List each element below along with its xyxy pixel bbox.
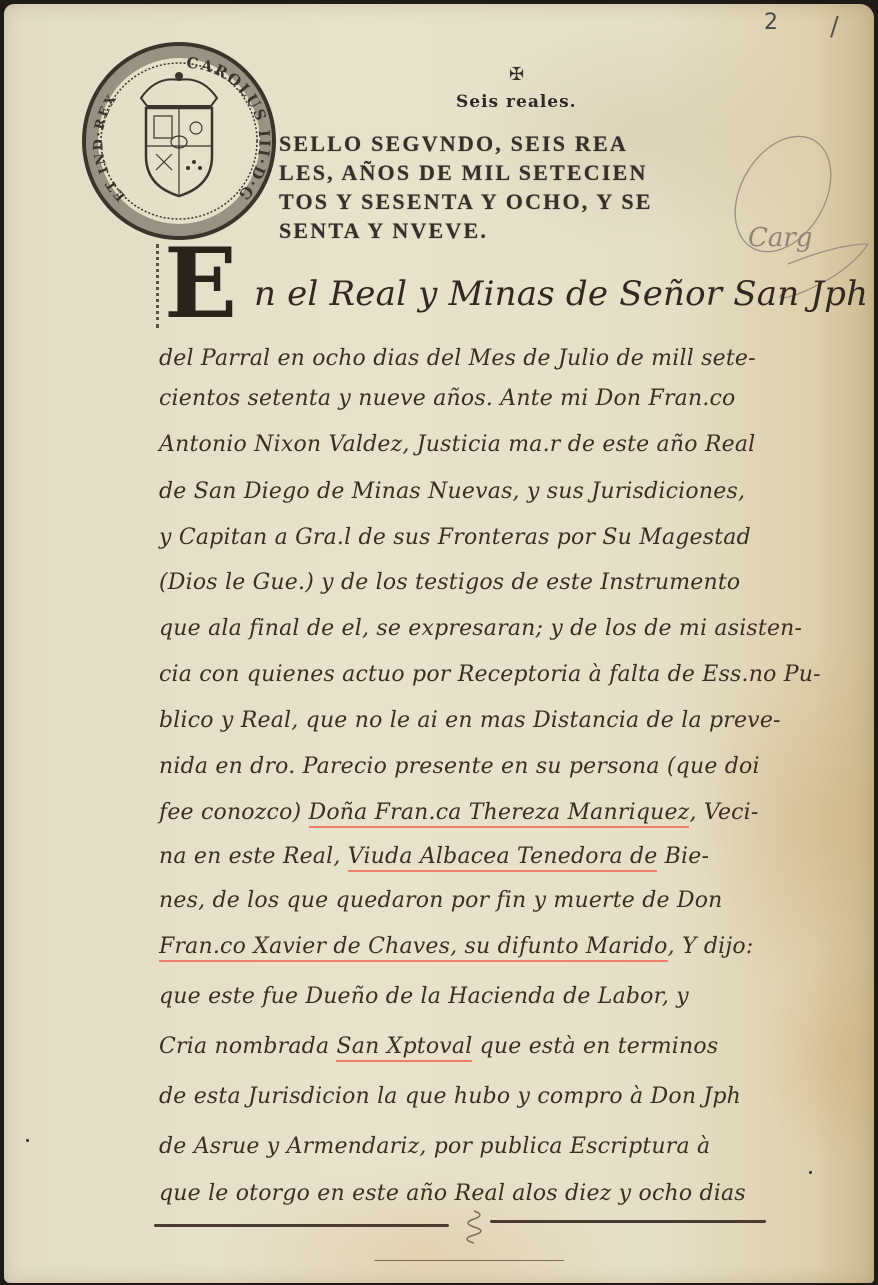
manuscript-line: (Dios le Gue.) y de los testigos de este… [159,570,740,595]
illuminated-initial: E [164,236,237,332]
manuscript-line: y Capitan a Gra.l de sus Fronteras por S… [159,525,751,550]
manuscript-line: que este fue Dueño de la Hacienda de Lab… [159,984,689,1009]
closing-rule-right [490,1220,766,1223]
manuscript-line: Fran.co Xavier de Chaves, su difunto Mar… [159,934,754,959]
closing-rule-left [154,1224,449,1227]
manuscript-line: fee conozco) Doña Fran.ca Thereza Manriq… [159,800,759,825]
manuscript-line: blico y Real, que no le ai en mas Distan… [159,708,781,733]
manuscript-line: de Asrue y Armendariz, por publica Escri… [159,1134,710,1159]
annotated-title: Viuda Albacea Tenedora de [348,844,658,872]
manuscript-line: Antonio Nixon Valdez, Justicia ma.r de e… [159,432,755,457]
royal-seal-stamp: CAROLUS III·D·G·HISP ET IND·REX [82,42,276,240]
seal-legend-left: ET IND·REX [91,91,128,204]
annotated-name: Fran.co Xavier de Chaves, su difunto Mar… [159,934,668,962]
manuscript-line: que le otorgo en este año Real alos diez… [159,1181,746,1206]
manuscript-line: na en este Real, Viuda Albacea Tenedora … [159,844,709,869]
folio-mark: / [830,12,839,42]
maltese-cross-icon: ✠ [509,64,524,85]
manuscript-line: cientos setenta y nueve años. Ante mi Do… [159,386,736,411]
manuscript-line: que ala final de el, se expresaran; y de… [159,616,802,641]
manuscript-line: n el Real y Minas de Señor San Jph [254,274,868,314]
manuscript-line: del Parral en ocho dias del Mes de Julio… [159,346,756,371]
annotated-name: Doña Fran.ca Thereza Manriquez [309,800,690,828]
stamp-header-line: SENTA Y NVEVE. [279,216,749,245]
folio-number: 2 [764,10,778,35]
coat-of-arms-icon: CAROLUS III·D·G·HISP ET IND·REX [86,46,272,236]
closing-flourish-icon [434,1209,514,1249]
manuscript-page: 2 / CAROLUS III·D·G·HISP ET IND·REX [4,4,874,1283]
manuscript-line: de esta Jurisdicion la que hubo y compro… [159,1084,741,1109]
stamp-header-line: LES, AÑOS DE MIL SETECIEN [279,158,749,187]
manuscript-line: nes, de los que quedaron por fin y muert… [159,888,723,913]
stamp-header-line: SELLO SEGVNDO, SEIS REA [279,129,749,158]
manuscript-line: cia con quienes actuo por Receptoria à f… [159,662,821,687]
margin-rubric-text: Carg [748,223,812,253]
svg-text:ET IND·REX: ET IND·REX [91,91,128,204]
closing-underline [374,1260,564,1261]
manuscript-line: nida en dro. Parecio presente en su pers… [159,754,760,779]
stamp-header-line: TOS Y SESENTA Y OCHO, Y SE [279,187,749,216]
manuscript-line: Cria nombrada San Xptoval que està en te… [159,1034,718,1059]
stamp-value-line: Seis reales. [456,92,577,112]
stamp-header: SELLO SEGVNDO, SEIS REA LES, AÑOS DE MIL… [279,129,749,245]
manuscript-line: de San Diego de Minas Nuevas, y sus Juri… [159,479,745,504]
annotated-place: San Xptoval [336,1034,472,1062]
